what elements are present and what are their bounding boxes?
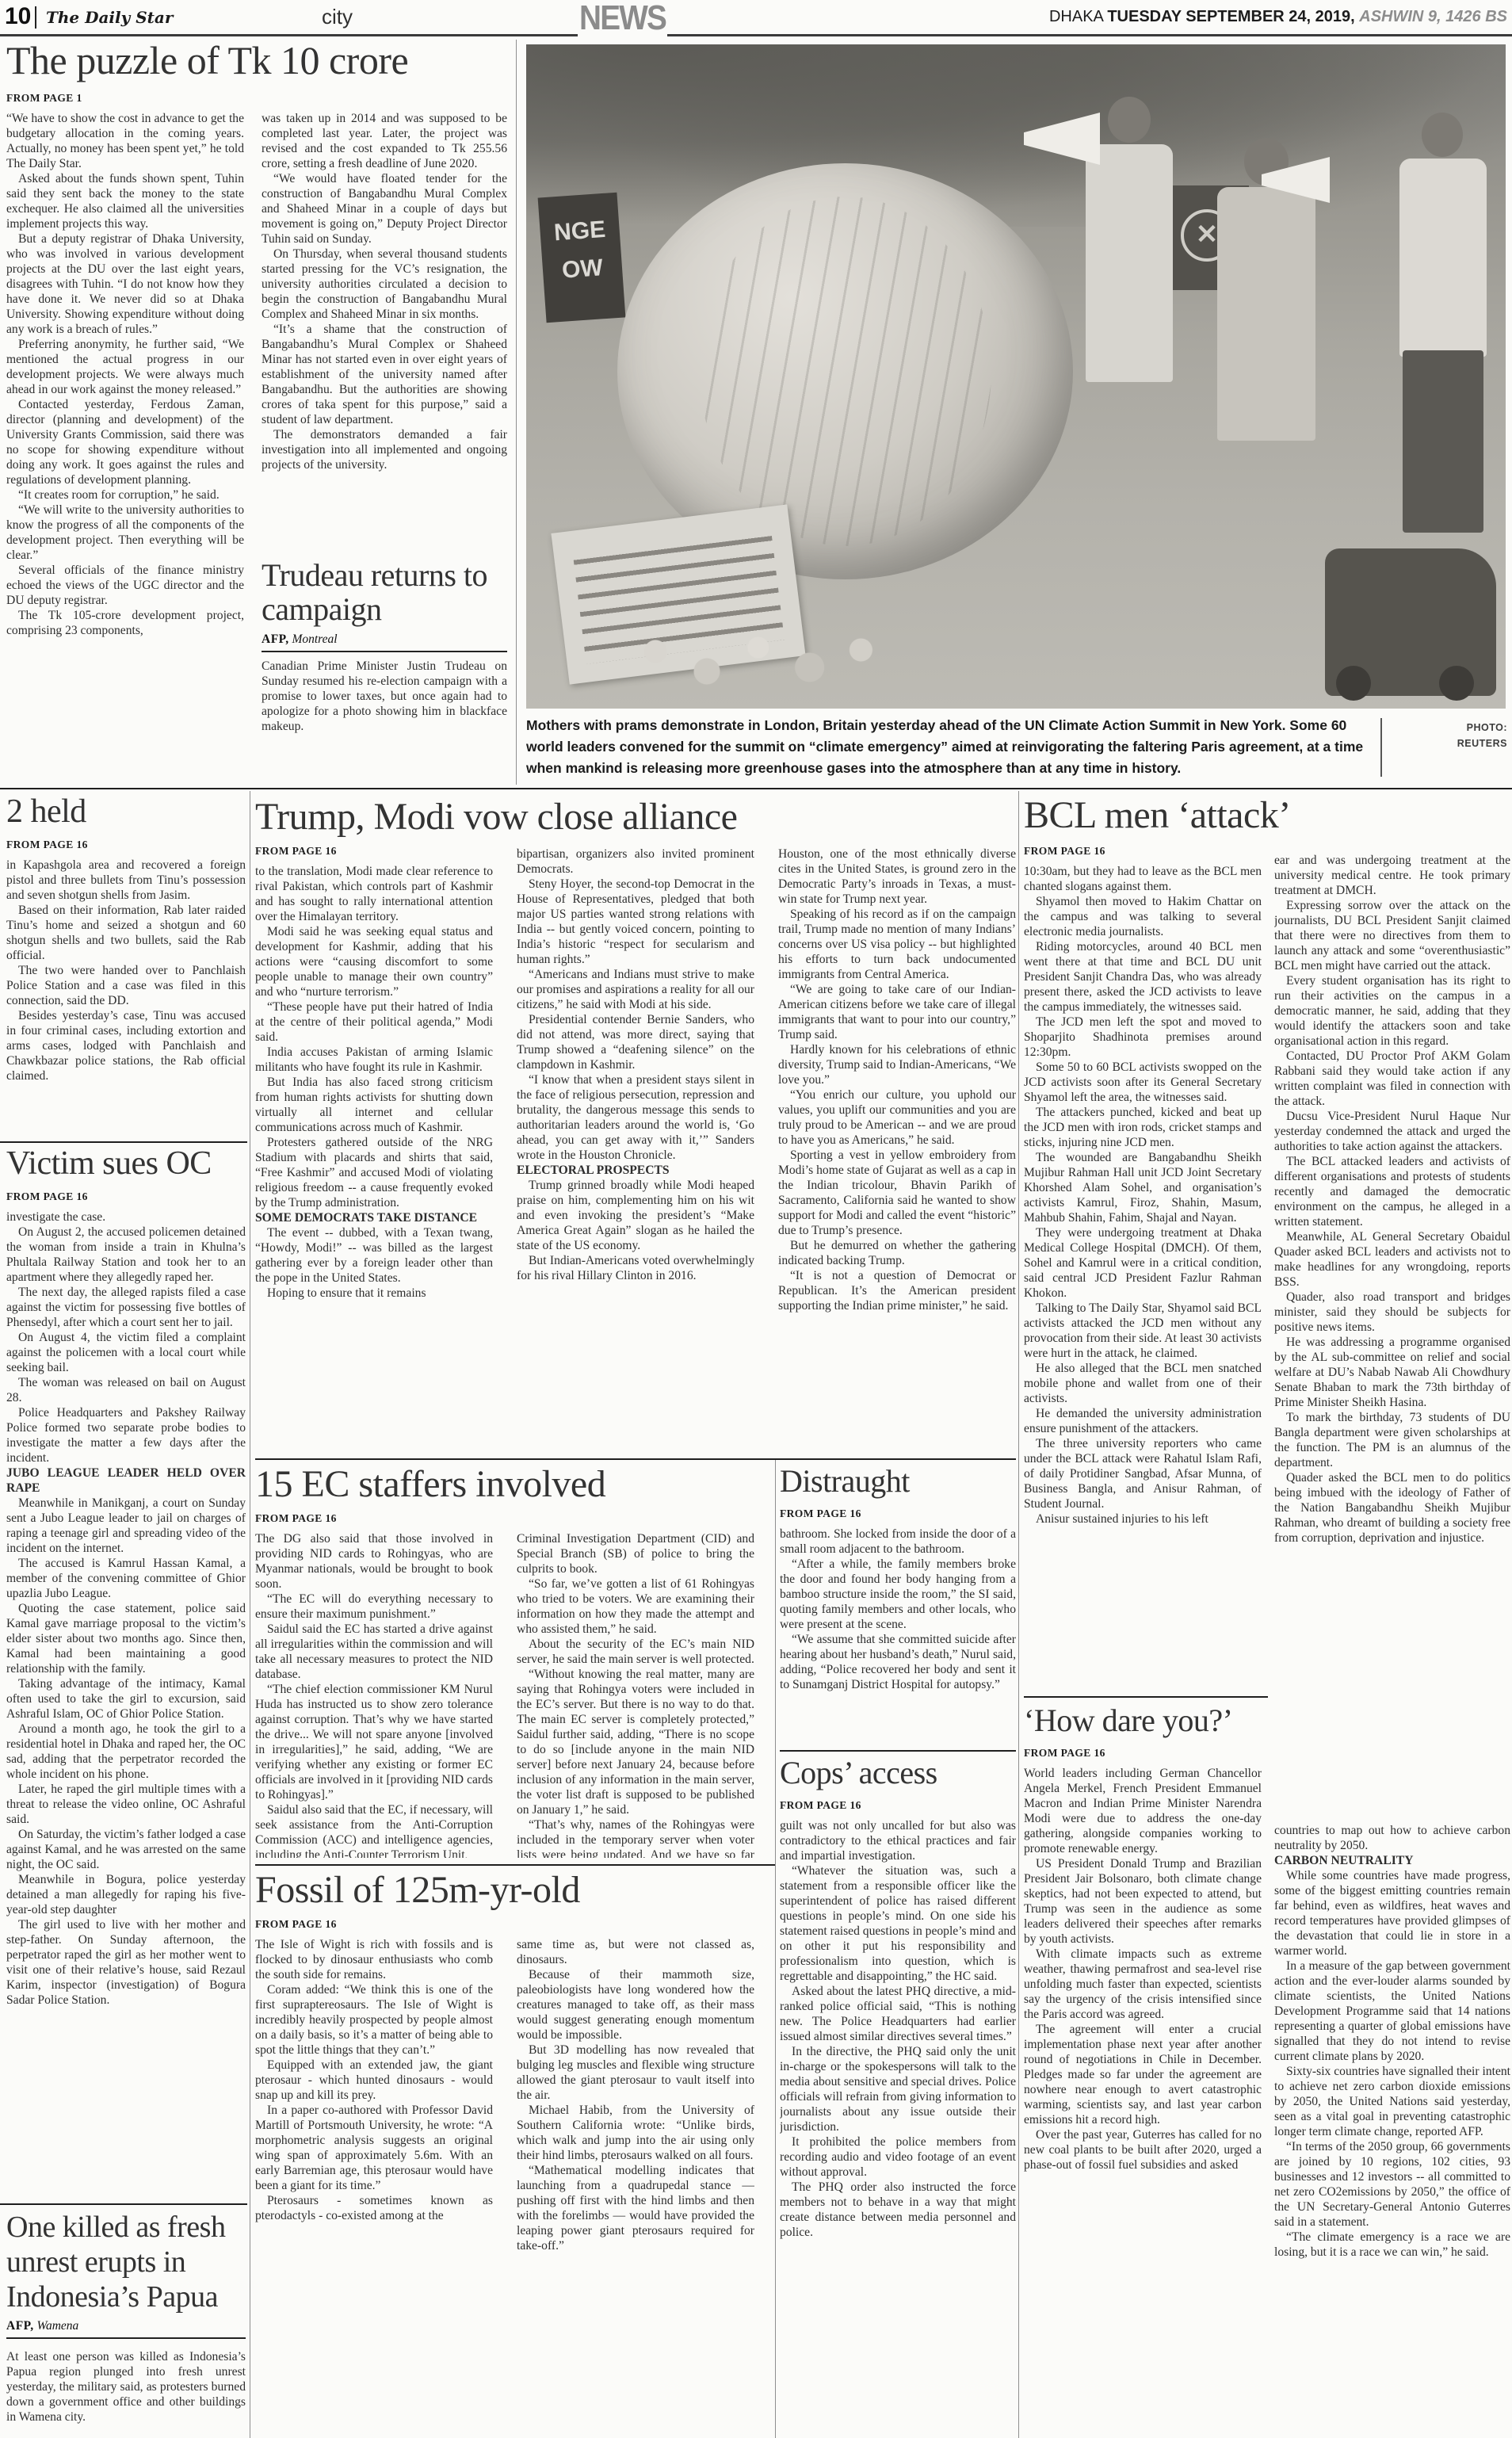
protest-sign-line: OW [541, 248, 623, 292]
article-column: World leaders including German Chancello… [1024, 1766, 1262, 2435]
article-column: Canadian Prime Minister Justin Trudeau o… [262, 659, 507, 778]
page-number: 10 [5, 3, 31, 30]
article-rule [1024, 1696, 1268, 1698]
article-column: was taken up in 2014 and was supposed to… [262, 111, 507, 553]
photo-caption: Mothers with prams demonstrate in London… [526, 715, 1368, 779]
demonstrator-figure [1214, 138, 1319, 534]
article-column: Houston, one of the most ethnically dive… [778, 846, 1016, 1455]
kicker: FROM PAGE 16 [780, 1799, 861, 1812]
dateline: DHAKA TUESDAY SEPTEMBER 24, 2019, ASHWIN… [1049, 8, 1507, 26]
byline-rule [6, 2337, 246, 2339]
headline: 15 EC staffers involved [255, 1465, 773, 1504]
headline: Cops’ access [780, 1756, 1016, 1790]
article-column: At least one person was killed as Indone… [6, 2349, 246, 2435]
kicker: FROM PAGE 16 [1024, 845, 1105, 858]
figure-torso [1086, 144, 1173, 382]
photo-credit-agency: REUTERS [1392, 736, 1507, 751]
byline-rule [262, 651, 507, 652]
article-column: same time as, but were not classed as, d… [517, 1937, 754, 2435]
kicker: FROM PAGE 16 [6, 1190, 88, 1203]
headline: BCL men ‘attack’ [1024, 796, 1509, 835]
article-rule [0, 2203, 247, 2205]
figure-head [1422, 113, 1463, 157]
article-column: Criminal Investigation Department (CID) … [517, 1531, 754, 1858]
headline: ‘How dare you?’ [1024, 1704, 1268, 1737]
megaphone-icon [1024, 113, 1100, 165]
brand-logo: The Daily Star [46, 8, 173, 27]
column-rule [775, 1458, 776, 2438]
article-column: guilt was not only uncalled for but also… [780, 1818, 1016, 2435]
figure-head [1108, 97, 1151, 143]
column-rule [250, 791, 250, 2438]
article-rule [255, 1864, 775, 1866]
headline: Victim sues OC [6, 1146, 244, 1181]
kicker: FROM PAGE 16 [780, 1508, 861, 1520]
masthead-rule-right [667, 34, 1512, 36]
byline-place: Montreal [292, 632, 337, 646]
photo-credit: PHOTO: REUTERS [1392, 720, 1507, 751]
column-rule [1018, 791, 1019, 2438]
headline: The puzzle of Tk 10 crore [6, 40, 514, 82]
headline: Trudeau returns to campaign [262, 558, 507, 626]
article-column: The DG also said that those involved in … [255, 1531, 493, 1858]
demonstrator-figure [1395, 113, 1491, 556]
protest-sign: NGE OW [538, 193, 626, 323]
byline-place: Wamena [36, 2319, 78, 2333]
kicker: FROM PAGE 16 [255, 1918, 337, 1931]
masthead-divider [35, 6, 36, 29]
headline: Distraught [780, 1465, 1016, 1498]
kicker: FROM PAGE 16 [6, 839, 88, 851]
dateline-city: DHAKA [1049, 8, 1103, 25]
figure-torso [1399, 159, 1487, 357]
article-column: countries to map out how to achieve carb… [1274, 1823, 1510, 2435]
article-column: ear and was undergoing treatment at the … [1274, 853, 1510, 1815]
figure-torso [1217, 187, 1315, 441]
kicker: FROM PAGE 16 [255, 1512, 337, 1525]
article-trudeau: Trudeau returns to campaign AFP, Montrea… [262, 558, 507, 778]
figure-skirt [1403, 350, 1483, 533]
headline: 2 held [6, 794, 244, 829]
kicker: FROM PAGE 1 [6, 92, 82, 105]
article-column: 10:30am, but they had to leave as the BC… [1024, 864, 1262, 1690]
headline: Fossil of 125m-yr-old [255, 1871, 773, 1910]
flowers-shape [621, 620, 907, 699]
masthead: 10 The Daily Star city NEWS DHAKA TUESDA… [0, 0, 1512, 36]
column-rule [516, 40, 517, 785]
article-column: The Isle of Wight is rich with fossils a… [255, 1937, 493, 2435]
article-rule [780, 1750, 1016, 1752]
byline-agency: AFP, [262, 632, 289, 646]
pram-shape [1325, 548, 1496, 696]
masthead-rule-left [0, 34, 578, 36]
article-rule [255, 1458, 1016, 1460]
headline: One killed as fresh unrest erupts in Ind… [6, 2210, 246, 2314]
caption-divider [1380, 718, 1382, 777]
article-column: investigate the case.On August 2, the ac… [6, 1209, 246, 2200]
article-column: “We have to show the cost in advance to … [6, 111, 244, 786]
article-column: in Kapashgola area and recovered a forei… [6, 858, 246, 1138]
kicker: FROM PAGE 16 [255, 845, 337, 858]
section-label: city [322, 5, 353, 29]
kicker: FROM PAGE 16 [1024, 1747, 1105, 1760]
article-rule [0, 1141, 247, 1143]
news-photo: NGE OW ✕ [526, 44, 1506, 709]
article-column: bathroom. She locked from inside the doo… [780, 1527, 1016, 1745]
headline: Trump, Modi vow close alliance [255, 797, 1014, 837]
article-column: bipartisan, organizers also invited prom… [517, 846, 754, 1436]
byline: AFP, Montreal [262, 632, 507, 652]
byline-agency: AFP, [6, 2319, 34, 2333]
news-banner: NEWS [579, 0, 666, 38]
article-column: to the translation, Modi made clear refe… [255, 864, 493, 1455]
section-rule [0, 788, 1512, 789]
byline: AFP, Wamena [6, 2319, 246, 2339]
protest-sign-line: NGE [539, 210, 620, 254]
photo-credit-label: PHOTO: [1392, 720, 1507, 736]
dateline-date: TUESDAY SEPTEMBER 24, 2019, [1107, 8, 1354, 25]
dateline-bangla-date: ASHWIN 9, 1426 BS [1359, 8, 1507, 25]
